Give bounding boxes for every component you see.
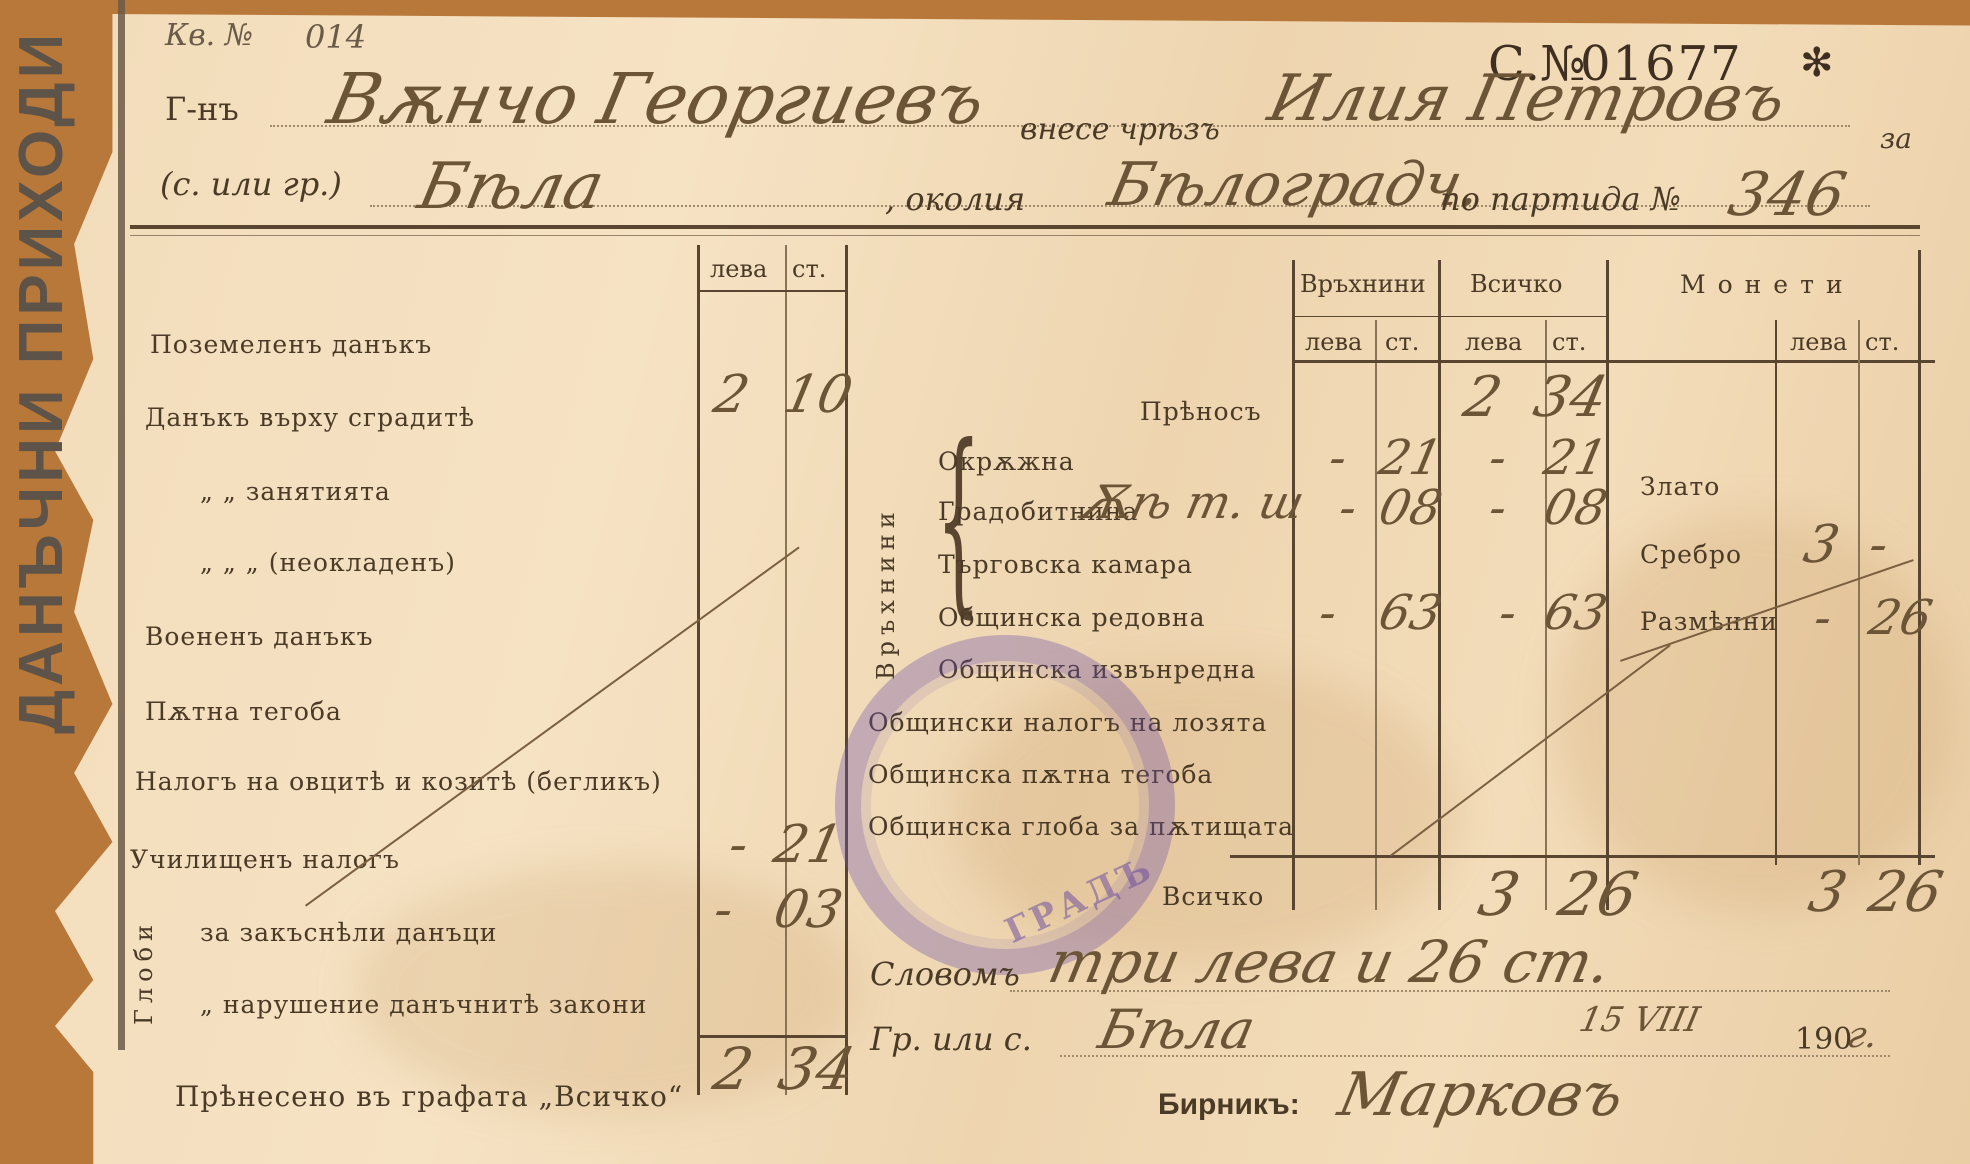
payer-name: Вѫнчо Георгиевъ (321, 58, 992, 140)
account-value: 346 (1723, 160, 1852, 230)
coins-col-rule (1775, 320, 1777, 865)
carried-label: Прѣнесено въ графата „Всичко“ (175, 1080, 683, 1113)
paid-via-label: внесе чрѣзъ (1020, 112, 1220, 147)
carried-st: 34 (773, 1035, 861, 1103)
row-chamber-commerce: Търговска камара (938, 550, 1193, 579)
receipt-no-label: Кв. № (165, 18, 253, 53)
village-label: (с. или гр.) (160, 165, 342, 203)
left-col-divider (785, 245, 787, 1095)
vr-col-leva: лева (1305, 328, 1362, 356)
in-words-value: три лева и 26 ст. (1043, 928, 1617, 996)
receipt-no: 014 (305, 18, 366, 56)
district-all-st: 21 (1539, 430, 1612, 486)
row-military-tax: Воененъ данъкъ (145, 622, 374, 651)
vr-col-divider (1375, 320, 1377, 910)
total-label: Всичко (1162, 882, 1264, 911)
carry-label: Прѣносъ (1140, 397, 1262, 426)
place-value: Бѣла (1093, 998, 1260, 1061)
left-col-rule (697, 245, 700, 1095)
header-rule (130, 225, 1920, 229)
row-violation-fine: „ нарушение данъчнитѣ закони (200, 990, 647, 1019)
coins-silver: Сребро (1640, 540, 1742, 569)
coins-total-st: 26 (1863, 860, 1948, 925)
serial-mark-icon: ✻ (1800, 40, 1834, 86)
col-vsichko: Всичко (1470, 270, 1562, 298)
hail-vr-st: 08 (1374, 480, 1447, 536)
place-label: Гр. или с. (870, 1020, 1032, 1058)
row-building-tax: Данъкъ върху сградитѣ (145, 403, 475, 432)
side-title: ДАНЪЧНИ ПРИХОДИ (6, 30, 66, 930)
hail-annotation: Ѫѣ т. ш (1074, 475, 1309, 529)
vr-col-st: ст. (1385, 328, 1419, 356)
left-border-rule (118, 0, 125, 1050)
middle-total-rule (1230, 855, 1935, 858)
district-value: Бѣлоградч. (1103, 150, 1488, 220)
stain (1555, 514, 1955, 914)
mr-label: Г-нъ (165, 90, 239, 128)
row-late-tax-fine: за закъснѣли данъци (200, 918, 497, 947)
in-words-label: Словомъ (870, 955, 1020, 993)
fines-label: Глоби (130, 905, 158, 1025)
row-sheep-goat-tax: Налогъ на овцитѣ и козитѣ (бегликъ) (135, 767, 662, 796)
municipal-regular-all-st: 63 (1539, 585, 1612, 641)
hail-all-st: 08 (1539, 480, 1612, 536)
middle-header-rule (1295, 316, 1606, 317)
account-label: по партида № (1440, 180, 1681, 218)
left-col-st: ст. (792, 255, 826, 283)
middle-header-rule-2 (1295, 360, 1935, 363)
vr-col-rule (1292, 260, 1295, 910)
row-school-tax: Училищенъ налогъ (130, 845, 400, 874)
row-district: Окрѫжна (938, 447, 1075, 476)
row-building-tax-st: 10 (779, 365, 858, 425)
collector-label: Бирникъ: (1158, 1088, 1300, 1122)
district-vr-st: 21 (1374, 430, 1447, 486)
row-unassessed-tax: „ „ „ (неокладенъ) (200, 548, 456, 577)
all-col-st: ст. (1552, 328, 1586, 356)
total-st: 26 (1553, 860, 1644, 930)
row-road-duty: Пѫтна тегоба (145, 697, 342, 726)
all-col-leva: лева (1465, 328, 1522, 356)
collector-signature: Марковъ (1333, 1060, 1630, 1130)
header-rule-thin (130, 235, 1920, 236)
row-municipal-regular: Общинска редовна (938, 603, 1205, 632)
row-land-tax: Поземеленъ данъкъ (150, 330, 432, 359)
municipal-regular-vr-st: 63 (1374, 585, 1447, 641)
coins-change: Размѣнни (1640, 607, 1778, 636)
coins-title: Монети (1680, 270, 1855, 299)
coins-col-divider (1858, 320, 1860, 865)
date-value: 15 VIII (1576, 1000, 1703, 1040)
surcharges-group-label: Връхнини (872, 470, 900, 680)
payer-name-2: Илия Петровъ (1262, 62, 1792, 136)
row-late-tax-fine-st: 03 (769, 880, 848, 940)
left-col-leva: лева (710, 255, 767, 283)
carry-all-st: 34 (1528, 365, 1613, 430)
coins-right-rule (1918, 250, 1921, 865)
left-col-header-rule (700, 290, 845, 292)
coins-gold: Злато (1640, 472, 1720, 501)
coins-col-leva: лева (1790, 328, 1847, 356)
row-occupation-tax: „ „ занятията (200, 477, 391, 506)
coins-change-st: 26 (1864, 590, 1937, 646)
for-label: за (1880, 122, 1912, 155)
coins-col-st: ст. (1865, 328, 1899, 356)
village-value: Бѣла (412, 150, 610, 224)
col-vrahnini: Връхнини (1300, 270, 1426, 298)
district-label: , околия (885, 180, 1025, 218)
